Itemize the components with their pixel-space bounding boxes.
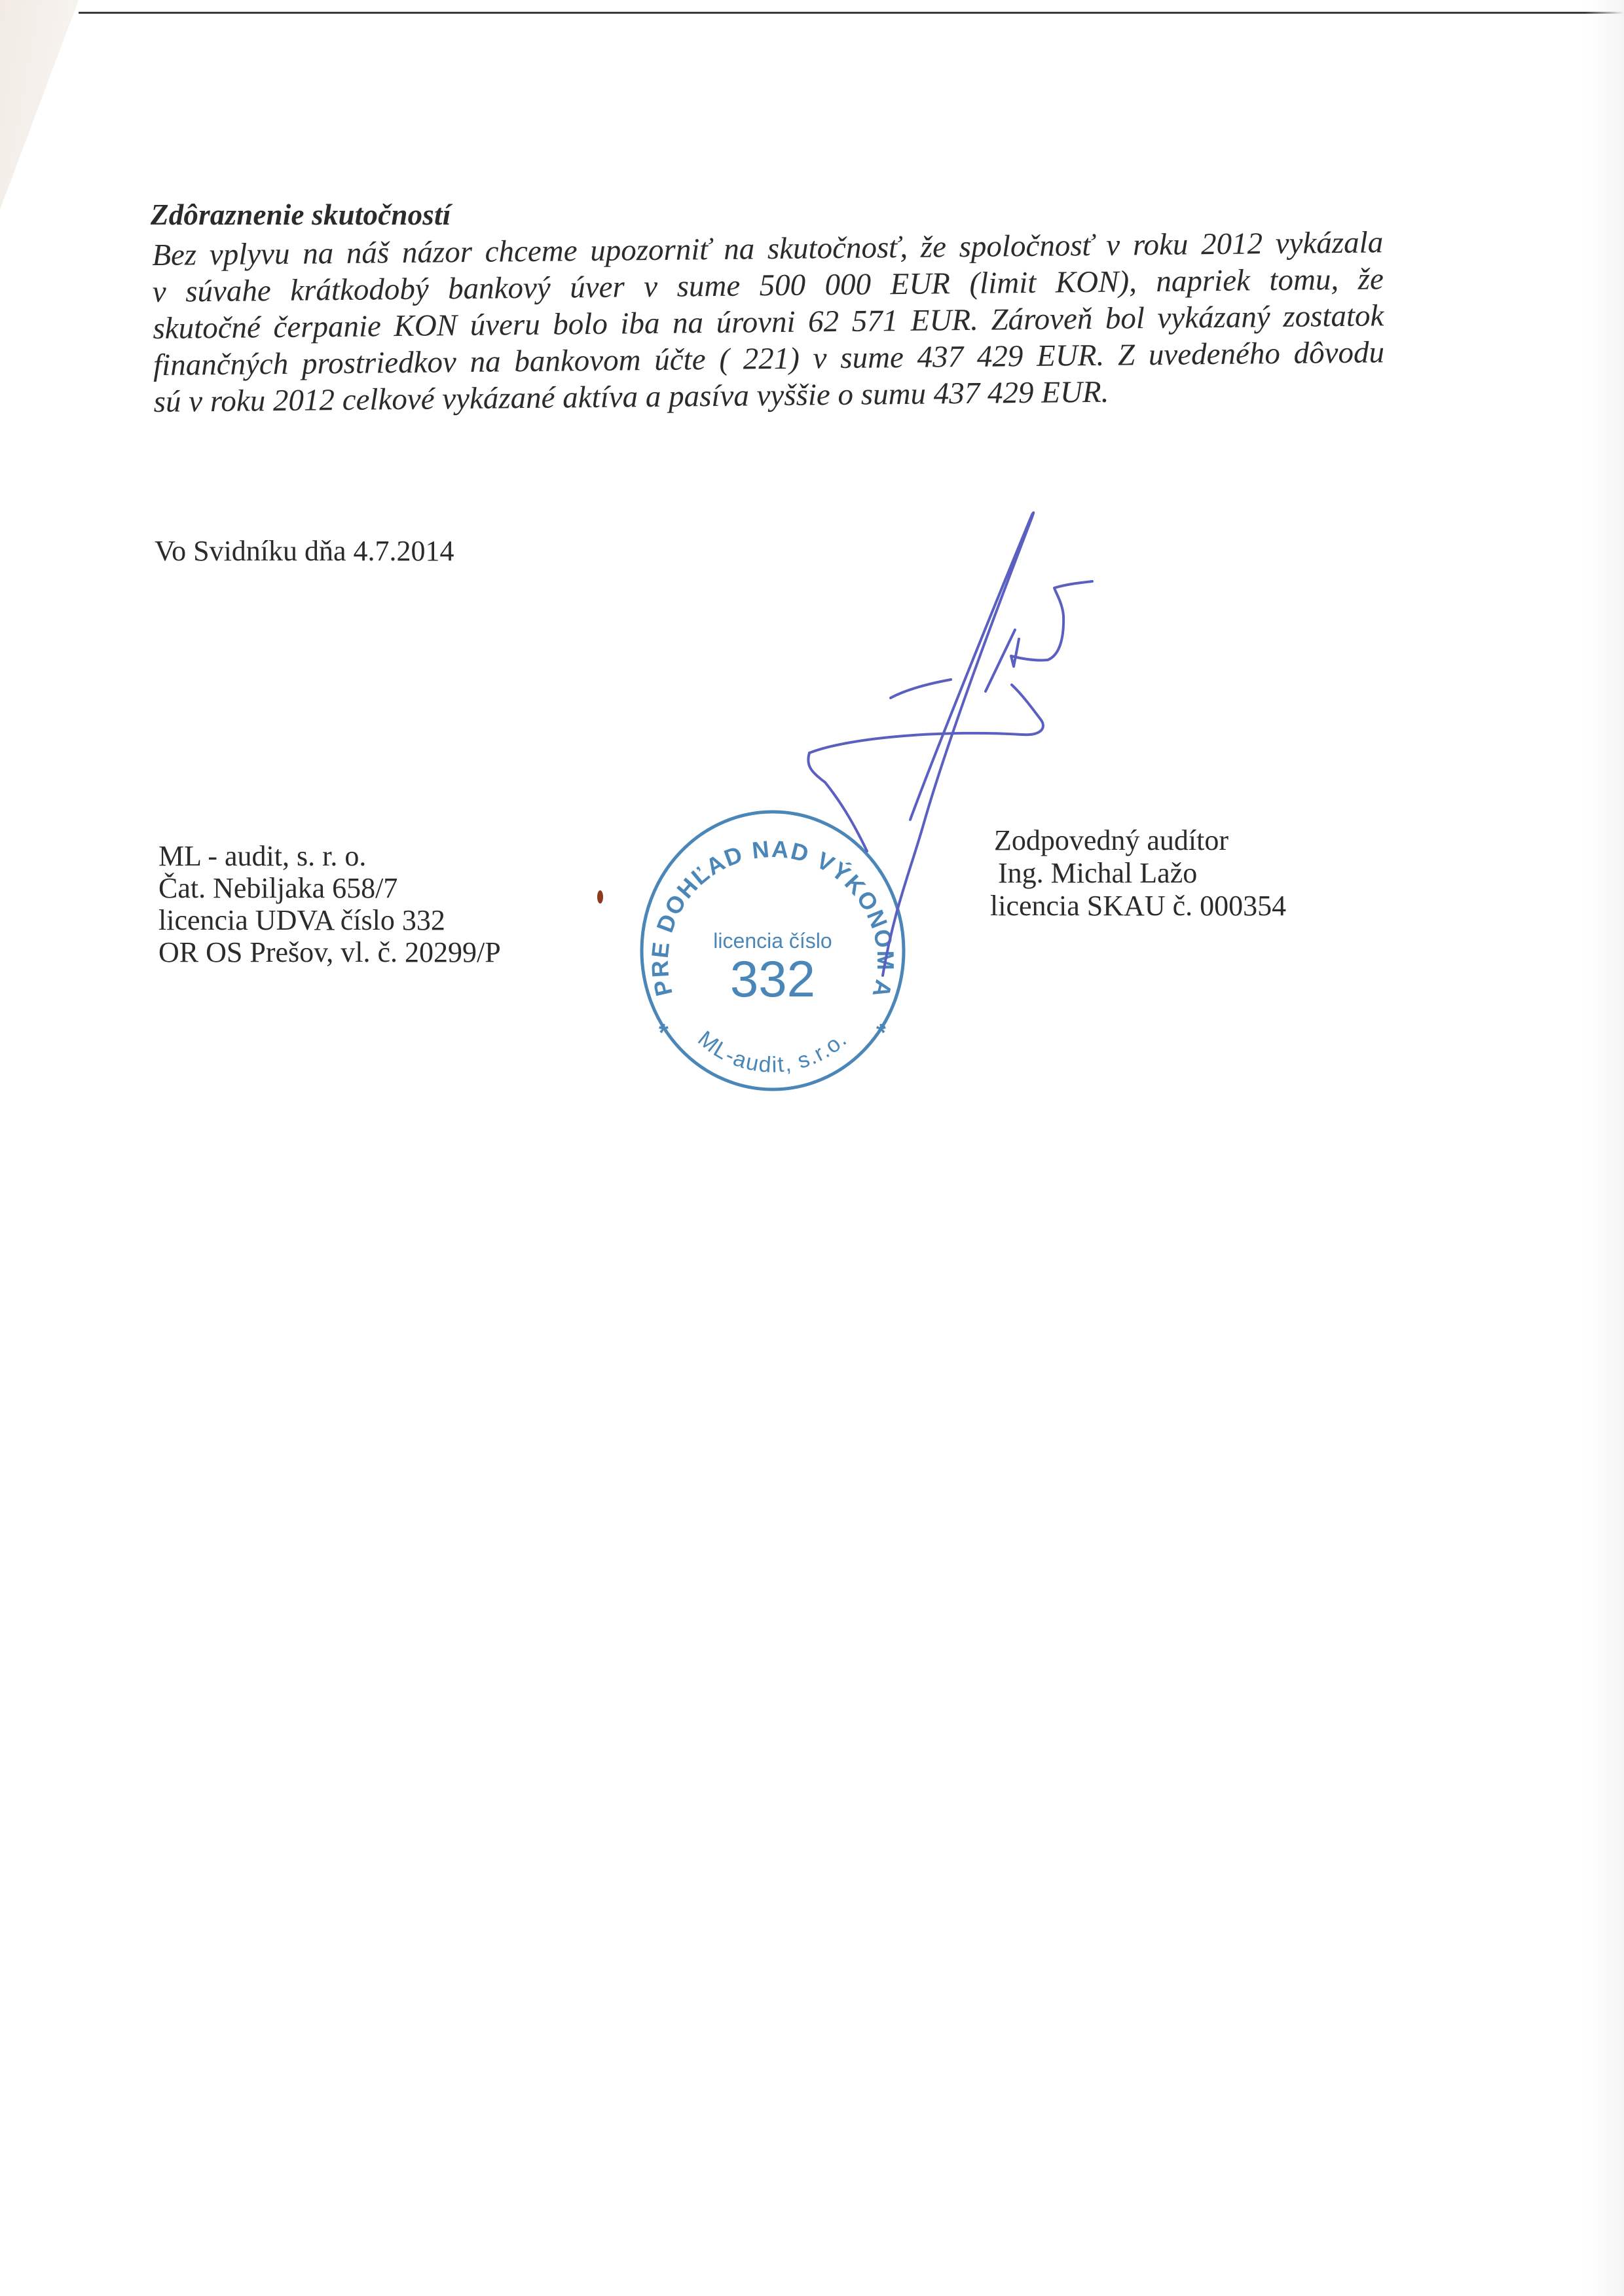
company-name: ML - audit, s. r. o. [158,840,501,872]
auditor-license: licencia SKAU č. 000354 [990,890,1286,922]
place-and-date: Vo Svidníku dňa 4.7.2014 [155,534,454,568]
company-block: ML - audit, s. r. o. Čat. Nebiljaka 658/… [158,840,501,968]
svg-text:*: * [876,1019,886,1047]
page-top-edge [79,12,1624,14]
page-right-edge [1585,0,1624,2296]
emphasis-paragraph: Bez vplyvu na náš názor chceme upozorniť… [152,224,1385,420]
page-fold-shadow [0,0,85,216]
auditor-name: Ing. Michal Lažo [990,857,1286,890]
auditor-block: Zodpovedný audítor Ing. Michal Lažo lice… [990,824,1286,922]
auditor-role: Zodpovedný audítor [990,824,1286,857]
section-heading: Zdôraznenie skutočností [151,198,451,232]
svg-text:ML-audit, s.r.o.: ML-audit, s.r.o. [693,1026,852,1078]
company-address: Čat. Nebiljaka 658/7 [158,872,501,904]
company-register: OR OS Prešov, vl. č. 20299/P [158,936,501,968]
company-license: licencia UDVA číslo 332 [158,904,501,936]
svg-text:*: * [659,1019,669,1047]
ink-spot [597,890,603,903]
